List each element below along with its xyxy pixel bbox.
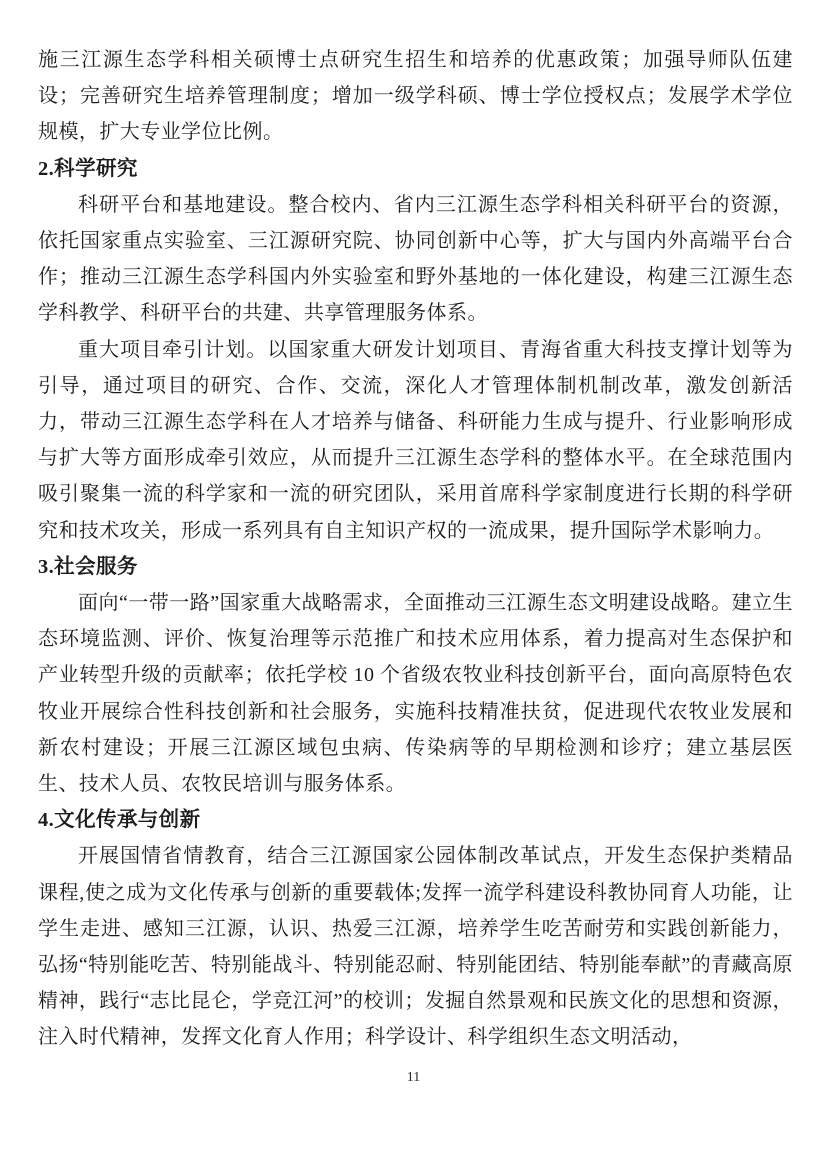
section-heading: 4.文化传承与创新 <box>38 802 793 838</box>
body-paragraph: 开展国情省情教育，结合三江源国家公园体制改革试点，开发生态保护类精品课程,使之成… <box>38 838 793 1055</box>
document-content: 施三江源生态学科相关硕博士点研究生招生和培养的优惠政策；加强导师队伍建设；完善研… <box>38 42 793 1056</box>
page-number: 11 <box>407 1070 420 1085</box>
document-page: 施三江源生态学科相关硕博士点研究生招生和培养的优惠政策；加强导师队伍建设；完善研… <box>0 0 827 1170</box>
body-paragraph: 科研平台和基地建设。整合校内、省内三江源生态学科相关科研平台的资源，依托国家重点… <box>38 187 793 332</box>
body-paragraph: 重大项目牵引计划。以国家重大研发计划项目、青海省重大科技支撑计划等为引导，通过项… <box>38 332 793 549</box>
page-footer: 11 <box>0 1068 827 1086</box>
section-heading: 2.科学研究 <box>38 151 793 187</box>
section-heading: 3.社会服务 <box>38 549 793 585</box>
body-paragraph: 面向“一带一路”国家重大战略需求，全面推动三江源生态文明建设战略。建立生态环境监… <box>38 585 793 802</box>
body-paragraph: 施三江源生态学科相关硕博士点研究生招生和培养的优惠政策；加强导师队伍建设；完善研… <box>38 42 793 151</box>
